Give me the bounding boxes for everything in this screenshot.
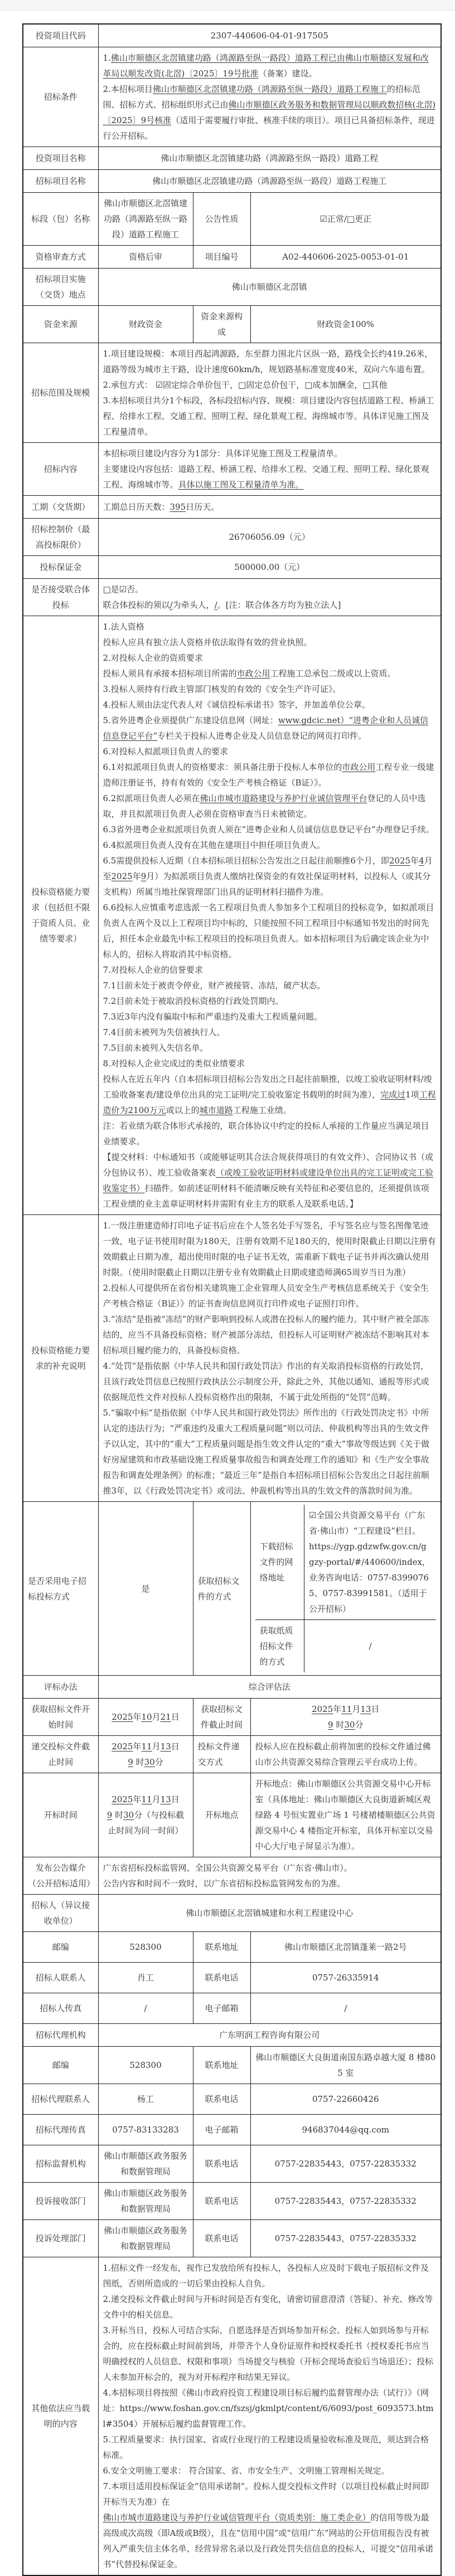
row-tender-content: 招标内容 本招标项目建设内容分为1部分：具体详见施工图及工程量清单。主要建设内容… (23, 443, 441, 496)
row-tenderer-postcode-address: 邮编 528300 联系地址 佛山市顺德区北滘镇蓬莱一路2号 (23, 1932, 441, 1963)
field-label: 其他依法应当载明的内容 (23, 2257, 98, 2576)
row-tender-conditions: 招标条件 1.佛山市顺德区北滘镇建功路（鸿源路至纵一路段）道路工程已由佛山市顺德… (23, 47, 441, 147)
row-consortium-bidding: 是否接受联合体投标 □是☑否。联合体投标的须以/为牵头人，/。[注：联合体各方均… (23, 579, 441, 616)
row-tenderer-fax-email: 招标人传真 / 电子邮箱 / (23, 1993, 441, 2024)
field-label: 招标监督机构 (23, 2145, 98, 2183)
field-label: 招标人联系人 (23, 1963, 98, 1993)
field-value: 528300 (98, 2047, 193, 2084)
field-label: 递交投标文件截止时间 (23, 1736, 98, 1773)
field-value: / (250, 1993, 441, 2024)
field-value: 0757-83133283 (98, 2115, 193, 2145)
field-value: 0757-22835443，0757-22835332 (250, 2145, 441, 2183)
field-value: 财政资金 (98, 306, 193, 343)
field-value: 广东明润工程咨询有限公司 (98, 2024, 441, 2047)
field-label: 邮编 (23, 1932, 98, 1963)
field-value: 是 (98, 1502, 193, 1676)
row-other-contents: 其他依法应当载明的内容 1.招标文件一经发布，视作已发放给所有投标人，各投标人应… (23, 2257, 441, 2576)
document-obtain-methods: 下载招标文件的网络地址 ☑全国公共资源交易平台（广东省·佛山市）“工程建设”栏目… (250, 1502, 441, 1676)
field-label: 电子邮箱 (193, 1993, 250, 2024)
row-electronic-bidding: 是否采用电子招标投标方式 是 获取招标文件的方式 下载招标文件的网络地址 ☑全国… (23, 1502, 441, 1676)
field-value: / (304, 1620, 437, 1673)
row-paper-document-method: 获取纸质招标文件的方式 / (255, 1620, 437, 1673)
row-tenderer-contact: 招标人联系人 肖工 联系电话 0757-26335914 (23, 1963, 441, 1993)
field-label: 招标项目实施（交货）地点 (23, 269, 98, 306)
row-tender-scope-scale: 招标范围及规模 1.项目建设规模：本项目西起鸿源路，东至群力围北片区纵一路，路线… (23, 343, 441, 443)
field-value: 肖工 (98, 1963, 193, 1993)
row-qualification-requirements: 投标资格能力要求（包括但不限于资质人员、业绩等要求） 1.法人资格投标人应具有独… (23, 616, 441, 1215)
row-agency-postcode-address: 邮编 528300 联系地址 佛山市顺德区大良街道南国东路卓越大厦 8 楼805… (23, 2047, 441, 2084)
field-value: 佛山市顺德区政务服务和数据管理局 (98, 2145, 193, 2183)
field-value: 1.项目建设规模：本项目西起鸿源路，东至群力围北片区纵一路，路线全长约419.2… (98, 343, 441, 443)
field-label: 资金来源构成 (193, 306, 250, 343)
field-label: 评标办法 (23, 1676, 98, 1699)
field-label: 联系电话 (193, 2183, 250, 2220)
field-value: 广东省招标投标监管网、全国公共资源交易平台（广东省·佛山市）。公告内容和时间不一… (98, 1857, 441, 1895)
field-value: 2025年11月13日9 时30分（与投标截止时间为同一时间） (98, 1773, 193, 1857)
field-label: 获取招标文件的方式 (193, 1502, 250, 1676)
field-value: 佛山市顺德区北滘镇城建和水利工程建设中心 (98, 1895, 441, 1932)
field-value: 佛山市顺德区北滘镇建功路（鸿源路至纵一路段）道路工程施工 (98, 193, 193, 246)
field-value: 佛山市顺德区大良街道南国东路卓越大厦 8 楼805 室 (250, 2047, 441, 2084)
row-complaint-receiving: 投诉接收部门 佛山市顺德区政务服务和数据管理局 联系电话 0757-228354… (23, 2183, 441, 2220)
field-label: 招标条件 (23, 47, 98, 147)
consortium-checkboxes: □是☑否。联合体投标的须以/为牵头人，/。[注：联合体各方均为独立法人] (98, 579, 441, 616)
field-value: 1.佛山市顺德区北滘镇建功路（鸿源路至纵一路段）道路工程已由佛山市顺德区发展和改… (98, 47, 441, 147)
field-value: 26706056.09（元） (98, 519, 441, 556)
field-value: 佛山市顺德区北滘镇建功路（鸿源路至纵一路段）道路工程 (98, 147, 441, 170)
field-label: 招标人（异议接收单位） (23, 1895, 98, 1932)
field-value: A02-440606-2025-0053-01-01 (250, 246, 441, 269)
row-complaint-handling: 投诉处理部门 佛山市顺德区政务服务和数据管理局 联系电话 0757-228354… (23, 2220, 441, 2257)
field-label: 标段（包）名称 (23, 193, 98, 246)
field-label: 项目编号 (193, 246, 250, 269)
field-value: 0757-22835443，0757-22835332 (250, 2220, 441, 2257)
field-label: 开标地点 (193, 1773, 250, 1857)
field-value: 佛山市顺德区北滘镇 (98, 269, 441, 306)
field-label: 投标资格能力要求的补充说明 (23, 1215, 98, 1502)
row-supervision-authority: 招标监督机构 佛山市顺德区政务服务和数据管理局 联系电话 0757-228354… (23, 2145, 441, 2183)
row-tender-project-name: 招标项目名称 佛山市顺德区北滘镇建功路（鸿源路至纵一路段）道路工程施工 (23, 170, 441, 193)
field-value: 0757-22660426 (250, 2084, 441, 2115)
field-label: 招标项目名称 (23, 170, 98, 193)
field-label: 招标代理联系人 (23, 2084, 98, 2115)
field-value: 综合评估法 (98, 1676, 441, 1699)
row-control-price: 招标控制价（最高投标限价） 26706056.09（元） (23, 519, 441, 556)
field-label: 招标范围及规模 (23, 343, 98, 443)
field-label: 招标代理机构 (23, 2024, 98, 2047)
row-download-address: 下载招标文件的网络地址 ☑全国公共资源交易平台（广东省·佛山市）“工程建设”栏目… (255, 1505, 437, 1620)
field-label: 投资项目代码 (23, 24, 98, 47)
field-label: 招标控制价（最高投标限价） (23, 519, 98, 556)
row-implementation-location: 招标项目实施（交货）地点 佛山市顺德区北滘镇 (23, 269, 441, 306)
row-investment-project-name: 投资项目名称 佛山市顺德区北滘镇建功路（鸿源路至纵一路段）道路工程 (23, 147, 441, 170)
field-value: 2025年11月13日9 时30分 (250, 1699, 441, 1736)
field-label: 邮编 (23, 2047, 98, 2084)
row-bid-submission-deadline: 递交投标文件截止时间 2025年11月13日9 时30分 投标文件递交方式 投标… (23, 1736, 441, 1773)
field-value: 资格后审 (98, 246, 193, 269)
field-value: 杨工 (98, 2084, 193, 2115)
field-label: 工期（交货期） (23, 496, 98, 519)
field-label: 获取纸质招标文件的方式 (255, 1620, 304, 1673)
field-label: 下载招标文件的网络地址 (255, 1505, 304, 1620)
field-label: 联系电话 (193, 2084, 250, 2115)
field-value: 1.一级注册建造师打印电子证书后应在个人签名处手写签名，手写签名应与签名图像笔迹… (98, 1215, 441, 1502)
field-label: 获取招标文件开始时间 (23, 1699, 98, 1736)
field-value: 1.法人资格投标人应具有独立法人资格并依法取得有效的营业执照。2.对投标人企业的… (98, 616, 441, 1215)
field-label: 联系电话 (193, 1963, 250, 1993)
field-label: 招标内容 (23, 443, 98, 496)
field-value: 投标人应在投标截止前将加密的投标文件通过佛山市公共资源交易综合管理云平台成功上传… (250, 1736, 441, 1773)
field-label: 联系电话 (193, 2220, 250, 2257)
row-tenderer: 招标人（异议接收单位） 佛山市顺德区北滘镇城建和水利工程建设中心 (23, 1895, 441, 1932)
field-label: 是否采用电子招标投标方式 (23, 1502, 98, 1676)
field-label: 联系地址 (193, 1932, 250, 1963)
field-value: 开标地点：佛山市顺德区公共资源交易中心开标室（具体地址：佛山市顺德区大良街道新城… (250, 1773, 441, 1857)
field-label: 是否接受联合体投标 (23, 579, 98, 616)
field-label: 投诉接收部门 (23, 2183, 98, 2220)
field-value: 0757-22835443，0757-22835332 (250, 2183, 441, 2220)
row-announcement-media: 发布公告媒介（公开招标适用） 广东省招标投标监管网、全国公共资源交易平台（广东省… (23, 1857, 441, 1895)
row-agency-contact: 招标代理联系人 杨工 联系电话 0757-22660426 (23, 2084, 441, 2115)
row-bid-bond: 投标保证金 500000.00（元） (23, 556, 441, 579)
row-qualification-supplement: 投标资格能力要求的补充说明 1.一级注册建造师打印电子证书后应在个人签名处手写签… (23, 1215, 441, 1502)
field-value: 佛山市顺德区北滘镇建功路（鸿源路至纵一路段）道路工程施工 (98, 170, 441, 193)
row-agency: 招标代理机构 广东明润工程咨询有限公司 (23, 2024, 441, 2047)
field-label: 获取招标文件截止时间 (193, 1699, 250, 1736)
field-value: 528300 (98, 1932, 193, 1963)
field-label: 发布公告媒介（公开招标适用） (23, 1857, 98, 1895)
row-document-obtain-time: 获取招标文件开始时间 2025年10月21日 获取招标文件截止时间 2025年1… (23, 1699, 441, 1736)
field-value: 佛山市顺德区政务服务和数据管理局 (98, 2220, 193, 2257)
row-construction-period: 工期（交货期） 工期总日历天数：395日历天。 (23, 496, 441, 519)
field-label: 投资项目名称 (23, 147, 98, 170)
field-value: 946837044@qq.com (250, 2115, 441, 2145)
field-label: 联系电话 (193, 2145, 250, 2183)
field-value: 佛山市顺德区政务服务和数据管理局 (98, 2183, 193, 2220)
field-value: 1.招标文件一经发布，视作已发放给所有投标人，各投标人应及时下载电子版招标文件及… (98, 2257, 441, 2576)
field-label: 资格审查方式 (23, 246, 98, 269)
field-label: 投标保证金 (23, 556, 98, 579)
row-section-name-notice-nature: 标段（包）名称 佛山市顺德区北滘镇建功路（鸿源路至纵一路段）道路工程施工 公告性… (23, 193, 441, 246)
field-value: 2307-440606-04-01-917505 (98, 24, 441, 47)
row-bid-opening: 开标时间 2025年11月13日9 时30分（与投标截止时间为同一时间） 开标地… (23, 1773, 441, 1857)
field-value: 财政资金100% (250, 306, 441, 343)
field-value: 本招标项目建设内容分为1部分：具体详见施工图及工程量清单。主要建设内容包括：道路… (98, 443, 441, 496)
field-value: / (98, 1993, 193, 2024)
field-label: 投标资格能力要求（包括但不限于资质人员、业绩等要求） (23, 616, 98, 1215)
download-address-value: ☑全国公共资源交易平台（广东省·佛山市）“工程建设”栏目。https://ygp… (304, 1505, 437, 1620)
field-label: 开标时间 (23, 1773, 98, 1857)
field-label: 联系地址 (193, 2047, 250, 2084)
field-label: 招标人传真 (23, 1993, 98, 2024)
field-value: 0757-26335914 (250, 1963, 441, 1993)
field-label: 资金来源 (23, 306, 98, 343)
row-evaluation-method: 评标办法 综合评估法 (23, 1676, 441, 1699)
field-value: 佛山市顺德区北滘镇蓬莱一路2号 (250, 1932, 441, 1963)
field-label: 投诉处理部门 (23, 2220, 98, 2257)
row-agency-fax-email: 招标代理传真 0757-83133283 电子邮箱 946837044@qq.c… (23, 2115, 441, 2145)
row-fund-source: 资金来源 财政资金 资金来源构成 财政资金100% (23, 306, 441, 343)
field-label: 招标代理传真 (23, 2115, 98, 2145)
notice-nature-checkboxes: ☑正常/□更正 (250, 193, 441, 246)
row-investment-project-code: 投资项目代码 2307-440606-04-01-917505 (23, 24, 441, 47)
tender-announcement-table: 投资项目代码 2307-440606-04-01-917505 招标条件 1.佛… (22, 23, 442, 2576)
field-label: 电子邮箱 (193, 2115, 250, 2145)
row-qualification-review-project-number: 资格审查方式 资格后审 项目编号 A02-440606-2025-0053-01… (23, 246, 441, 269)
field-value: 500000.00（元） (98, 556, 441, 579)
page-top-strip (0, 0, 455, 11)
field-label: 公告性质 (193, 193, 250, 246)
field-value: 工期总日历天数：395日历天。 (98, 496, 441, 519)
field-label: 投标文件递交方式 (193, 1736, 250, 1773)
field-value: 2025年11月13日9 时30分 (98, 1736, 193, 1773)
field-value: 2025年10月21日 (98, 1699, 193, 1736)
